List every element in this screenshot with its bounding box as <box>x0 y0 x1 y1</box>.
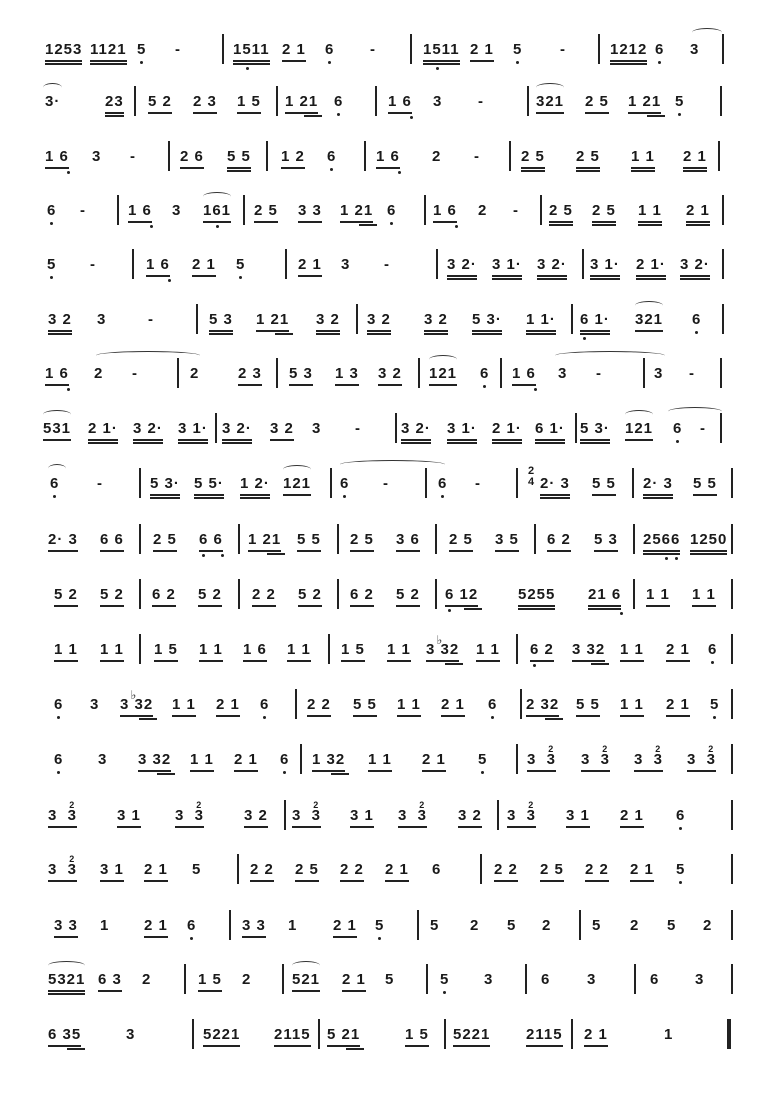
underline-sixteenth <box>526 333 556 335</box>
note-digits: 5 5 <box>592 475 616 493</box>
note-group: 2 5 <box>153 510 177 570</box>
note-digits: 6 <box>54 696 63 714</box>
note-group: 6 2 <box>152 565 176 625</box>
low-octave-dot <box>675 557 678 560</box>
note-group: 3 32 <box>48 786 77 846</box>
note-digits: 3 <box>98 751 107 769</box>
note-digits: - <box>513 202 519 220</box>
underline-eighth <box>144 880 168 882</box>
note-digits: 6 <box>280 751 289 769</box>
underline-eighth <box>367 330 391 332</box>
underline-eighth <box>43 439 71 441</box>
note-group: 3 1· <box>492 235 522 295</box>
note-group: - <box>370 20 376 80</box>
barline <box>395 413 397 443</box>
note-digits: 521 <box>292 971 320 989</box>
underline-sixteenth <box>683 170 707 172</box>
note-group: 3 32 <box>507 786 536 846</box>
low-octave-dot <box>676 440 679 443</box>
note-digits: 6 <box>480 365 489 383</box>
note-group: 3 1· <box>590 235 620 295</box>
triplet-bracket <box>635 301 663 310</box>
low-octave-dot <box>50 222 53 225</box>
flat-accidental: ♭ <box>131 686 138 704</box>
underline-eighth <box>54 660 78 662</box>
note-digits: 2 5 <box>576 148 600 166</box>
underline-eighth <box>298 221 322 223</box>
note-digits: 2 3 <box>238 365 262 383</box>
note-digits: 5 <box>430 917 439 935</box>
note-group: 3 32 <box>292 786 321 846</box>
note-group: 2 2 <box>494 840 518 900</box>
note-group: 2566 <box>643 510 680 570</box>
note-group: 2 6 <box>180 127 204 187</box>
note-digits: 6 1· <box>535 420 565 438</box>
grace-note: 2 <box>708 740 714 758</box>
low-octave-dot <box>221 554 224 557</box>
underline-eighth <box>90 60 127 62</box>
underline-eighth <box>687 770 716 772</box>
underline-eighth <box>492 439 522 441</box>
barline <box>285 249 287 279</box>
note-digits: 5221 <box>203 1026 240 1044</box>
underline-eighth <box>590 275 620 277</box>
note-group: 2 1· <box>88 399 118 459</box>
note-group: 1 <box>664 1005 673 1065</box>
barline <box>266 141 268 171</box>
note-group: 531 <box>43 399 71 459</box>
underline-sixteenth <box>592 224 616 226</box>
note-group: 2 5 <box>295 840 319 900</box>
underline-eighth <box>105 112 124 114</box>
note-digits: 1 5 <box>341 641 365 659</box>
note-digits: - <box>90 256 96 274</box>
note-group: 1 1· <box>526 290 556 350</box>
underline-eighth <box>385 880 409 882</box>
low-octave-dot <box>410 116 413 119</box>
note-digits: 3 32 <box>572 641 605 659</box>
note-digits: 3 1 <box>117 807 141 825</box>
note-group: 2 <box>432 127 441 187</box>
note-group: 6 <box>432 840 441 900</box>
note-group: 1121 <box>90 20 127 80</box>
note-group: 5 <box>710 675 719 735</box>
underline-eighth <box>333 936 357 938</box>
barline <box>731 910 733 940</box>
underline-eighth <box>199 660 223 662</box>
underline-sixteenth <box>518 608 555 610</box>
note-digits: 6 <box>673 420 682 438</box>
barline <box>520 689 522 719</box>
underline-eighth <box>630 880 654 882</box>
note-digits: 2115 <box>274 1026 311 1044</box>
note-group: 3 3 <box>298 181 322 241</box>
note-digits: 2 1 <box>282 41 306 59</box>
underline-eighth <box>585 112 609 114</box>
note-digits: 1 1 <box>476 641 500 659</box>
note-digits: 2 1 <box>620 807 644 825</box>
score-row: 5 25 26 25 22 25 26 25 26 12525521 61 11… <box>0 565 772 625</box>
note-group: 1253 <box>45 20 82 80</box>
low-octave-dot <box>67 388 70 391</box>
note-group: 5 5 <box>297 510 321 570</box>
note-group: 3 32♭ <box>120 675 153 735</box>
note-digits: 3 2 <box>378 365 402 383</box>
note-digits: 3 <box>341 256 350 274</box>
note-digits: 2 <box>432 148 441 166</box>
barline <box>426 964 428 994</box>
note-group: - <box>175 20 181 80</box>
underline-eighth <box>100 550 124 552</box>
note-digits: 121 <box>283 475 311 493</box>
note-digits: 6 <box>260 696 269 714</box>
underline-eighth <box>376 167 400 169</box>
note-digits: - <box>148 311 154 329</box>
underline-eighth <box>203 221 231 223</box>
underline-sixteenth <box>139 718 157 720</box>
note-group: 1 6 <box>146 235 170 295</box>
note-group: 3 1 <box>100 840 124 900</box>
barline <box>731 744 733 774</box>
note-digits: 3 <box>172 202 181 220</box>
note-digits: 3 32 <box>634 751 663 769</box>
underline-sixteenth <box>401 442 431 444</box>
barline <box>425 468 427 498</box>
note-digits: 2 5 <box>521 148 545 166</box>
note-group: 3 2 <box>367 290 391 350</box>
barline <box>295 689 297 719</box>
note-digits: 3 1· <box>590 256 620 274</box>
note-group: 5 5 <box>227 127 251 187</box>
underline-eighth <box>620 660 644 662</box>
note-group: 3 32 <box>527 730 556 790</box>
score-row: 1 63-2 65 51 261 62-2 52 51 12 1 <box>0 127 772 187</box>
note-digits: 3 2· <box>447 256 477 274</box>
underline-eighth <box>180 167 204 169</box>
note-group: 2 5 <box>585 72 609 132</box>
note-group: 6 <box>655 20 664 80</box>
note-digits: 1 32 <box>312 751 345 769</box>
note-group: 1 5 <box>341 620 365 680</box>
underline-eighth <box>540 880 564 882</box>
note-digits: 5 <box>236 256 245 274</box>
note-digits: 5 5 <box>227 148 251 166</box>
low-octave-dot <box>216 225 219 228</box>
barline <box>497 800 499 830</box>
grace-note: 2 <box>69 796 75 814</box>
note-digits: 5 <box>192 861 201 879</box>
note-digits: 6 <box>655 41 664 59</box>
note-digits: 3 6 <box>396 531 420 549</box>
underline-eighth <box>270 439 294 441</box>
note-group: 2 2 <box>307 675 331 735</box>
note-group: 5 3· <box>472 290 502 350</box>
note-digits: 5 <box>47 256 56 274</box>
note-group: 5 <box>375 896 384 956</box>
note-digits: 5 2 <box>148 93 172 111</box>
note-digits: 3 1· <box>447 420 477 438</box>
note-digits: 6 35 <box>48 1026 81 1044</box>
underline-sixteenth <box>636 278 666 280</box>
score-row: 633 321 12 161 321 12 153 323 323 323 32 <box>0 730 772 790</box>
barline <box>500 358 502 388</box>
note-digits: 5 2 <box>54 586 78 604</box>
note-group: 3 2· <box>401 399 431 459</box>
low-octave-dot <box>330 168 333 171</box>
note-group: 1 6 <box>512 344 536 404</box>
note-group: 6 <box>676 786 685 846</box>
note-digits: - <box>478 93 484 111</box>
underline-eighth <box>388 112 412 114</box>
barline <box>168 141 170 171</box>
underline-eighth <box>580 439 610 441</box>
note-digits: 2 1 <box>216 696 240 714</box>
note-digits: 1 6 <box>45 365 69 383</box>
note-digits: 5 <box>375 917 384 935</box>
note-group: 3 <box>97 290 106 350</box>
underline-eighth <box>45 384 69 386</box>
note-digits: 1 6 <box>243 641 267 659</box>
barline <box>238 524 240 554</box>
note-digits: 6 <box>432 861 441 879</box>
underline-eighth <box>252 605 276 607</box>
barline <box>215 413 217 443</box>
note-group: 6 1· <box>535 399 565 459</box>
underline-eighth <box>680 275 710 277</box>
note-digits: 1 1 <box>620 641 644 659</box>
note-group: 2 3 <box>238 344 262 404</box>
note-digits: 1 2 <box>281 148 305 166</box>
note-group: 3 2· <box>133 399 163 459</box>
grace-note: 2 <box>655 740 661 758</box>
underline-eighth <box>625 439 653 441</box>
barline <box>300 744 302 774</box>
note-group: 3 1 <box>566 786 590 846</box>
note-digits: 1 21 <box>340 202 373 220</box>
underline-eighth <box>233 60 270 62</box>
low-octave-dot <box>516 61 519 64</box>
underline-eighth <box>535 439 565 441</box>
note-digits: - <box>474 148 480 166</box>
low-octave-dot <box>67 171 70 174</box>
note-group: - <box>478 72 484 132</box>
note-digits: 3 32 <box>292 807 321 825</box>
underline-eighth <box>401 439 431 441</box>
barline <box>731 634 733 664</box>
underline-eighth <box>572 660 605 662</box>
note-digits: 5 5 <box>576 696 600 714</box>
note-digits: 5 2 <box>396 586 420 604</box>
low-octave-dot <box>343 495 346 498</box>
tie-slur <box>692 28 722 37</box>
note-digits: 2115 <box>526 1026 563 1044</box>
barline <box>525 964 527 994</box>
note-digits: 3 1 <box>566 807 590 825</box>
underline-sixteenth <box>588 608 621 610</box>
underline-eighth <box>341 660 365 662</box>
note-group: 2 1 <box>192 235 216 295</box>
note-group: 5 <box>667 896 676 956</box>
note-group: 3 32 <box>48 840 77 900</box>
underline-sixteenth <box>48 333 72 335</box>
note-group: 3 32♭ <box>426 620 459 680</box>
underline-eighth <box>507 826 536 828</box>
underline-eighth <box>292 990 320 992</box>
note-group: 1250 <box>690 510 727 570</box>
underline-eighth <box>620 826 644 828</box>
underline-eighth <box>292 826 321 828</box>
underline-sixteenth <box>67 1048 85 1050</box>
note-digits: 1 6 <box>128 202 152 220</box>
note-digits: 6 <box>187 917 196 935</box>
note-digits: 2 2 <box>494 861 518 879</box>
note-group: 1 3 <box>335 344 359 404</box>
note-group: 2· 3 <box>643 454 673 514</box>
low-octave-dot <box>658 61 661 64</box>
note-group: - <box>355 399 361 459</box>
underline-eighth <box>153 550 177 552</box>
barline <box>424 195 426 225</box>
note-group: 161 <box>203 181 231 241</box>
underline-sixteenth <box>643 553 680 555</box>
barline <box>318 1019 320 1049</box>
barline <box>139 524 141 554</box>
note-digits: 3 32 <box>581 751 610 769</box>
note-group: 6 <box>480 344 489 404</box>
note-digits: 2 2 <box>250 861 274 879</box>
note-group: 1 1 <box>631 127 655 187</box>
underline-eighth <box>48 990 85 992</box>
note-group: 2 2 <box>250 840 274 900</box>
underline-eighth <box>526 330 556 332</box>
note-digits: 3 2· <box>401 420 431 438</box>
note-group: 2 5 <box>521 127 545 187</box>
underline-eighth <box>350 826 374 828</box>
note-digits: 2 5 <box>350 531 374 549</box>
underline-eighth <box>368 770 392 772</box>
barline <box>139 634 141 664</box>
underline-eighth <box>447 275 477 277</box>
note-digits: 1 <box>664 1026 673 1044</box>
note-digits: 2 1 <box>144 917 168 935</box>
low-octave-dot <box>695 331 698 334</box>
low-octave-dot <box>50 276 53 279</box>
note-digits: 321 <box>635 311 663 329</box>
note-group: 3 <box>92 127 101 187</box>
note-digits: 3 5 <box>495 531 519 549</box>
note-digits: 2 1 <box>686 202 710 220</box>
low-octave-dot <box>679 827 682 830</box>
note-digits: 1 1 <box>397 696 421 714</box>
note-group: 2 1 <box>144 840 168 900</box>
underline-sixteenth <box>535 442 565 444</box>
barline <box>284 800 286 830</box>
note-group: 1 2· <box>240 454 270 514</box>
note-group: 6 <box>260 675 269 735</box>
underline-eighth <box>526 715 559 717</box>
underline-eighth <box>312 770 345 772</box>
note-group: 2 1 <box>298 235 322 295</box>
note-digits: 5 3· <box>580 420 610 438</box>
underline-eighth <box>237 112 261 114</box>
note-group: 3 <box>587 950 596 1010</box>
note-group: 3 32 <box>398 786 427 846</box>
underline-eighth <box>190 770 214 772</box>
underline-eighth <box>594 550 618 552</box>
underline-sixteenth <box>359 224 377 226</box>
note-digits: 3 32 <box>687 751 716 769</box>
note-digits: 3 <box>312 420 321 438</box>
note-digits: 2 <box>478 202 487 220</box>
underline-eighth <box>422 770 446 772</box>
note-group: 2 <box>703 896 712 956</box>
underline-eighth <box>283 494 311 496</box>
underline-eighth <box>666 715 690 717</box>
note-digits: 2 5 <box>592 202 616 220</box>
note-digits: 1 1 <box>620 696 644 714</box>
note-group: 6 <box>54 675 63 735</box>
note-digits: 2 5 <box>585 93 609 111</box>
low-octave-dot <box>263 716 266 719</box>
triplet-bracket <box>203 192 231 201</box>
note-group: 5 <box>192 840 201 900</box>
underline-sixteenth <box>233 63 270 65</box>
underline-eighth <box>634 770 663 772</box>
note-digits: 1 6 <box>512 365 536 383</box>
triplet-bracket <box>283 465 311 474</box>
underline-eighth <box>128 221 152 223</box>
low-octave-dot <box>246 67 249 70</box>
barline <box>139 468 141 498</box>
underline-eighth <box>340 880 364 882</box>
underline-eighth <box>152 605 176 607</box>
underline-sixteenth <box>591 663 609 665</box>
underline-eighth <box>631 167 655 169</box>
note-digits: 6 <box>54 751 63 769</box>
note-group: 6 1· <box>580 290 610 350</box>
underline-eighth <box>198 990 222 992</box>
note-digits: 1 1 <box>199 641 223 659</box>
barline <box>722 304 724 334</box>
note-digits: 2 1 <box>342 971 366 989</box>
note-digits: 2 1 <box>385 861 409 879</box>
barline <box>117 195 119 225</box>
note-group: 3 5 <box>495 510 519 570</box>
note-group: 1 21 <box>285 72 318 132</box>
note-digits: 2 1 <box>234 751 258 769</box>
underline-sixteenth <box>447 278 477 280</box>
note-digits: - <box>560 41 566 59</box>
underline-sixteenth <box>133 442 163 444</box>
underline-eighth <box>289 384 313 386</box>
note-digits: 5 2 <box>298 586 322 604</box>
note-group: 2 1 <box>584 1005 608 1065</box>
note-digits: - <box>80 202 86 220</box>
grace-note: 2 <box>196 796 202 814</box>
note-digits: 6 2 <box>530 641 554 659</box>
note-digits: 1 1 <box>54 641 78 659</box>
underline-eighth <box>353 715 377 717</box>
note-digits: 2 1 <box>422 751 446 769</box>
triplet-bracket <box>43 410 71 419</box>
underline-sixteenth <box>643 497 673 499</box>
note-group: 2 1 <box>620 786 644 846</box>
underline-sixteenth <box>580 442 610 444</box>
underline-eighth <box>424 330 448 332</box>
note-digits: 2 1 <box>584 1026 608 1044</box>
underline-eighth <box>576 167 600 169</box>
note-group: 3 <box>312 399 321 459</box>
